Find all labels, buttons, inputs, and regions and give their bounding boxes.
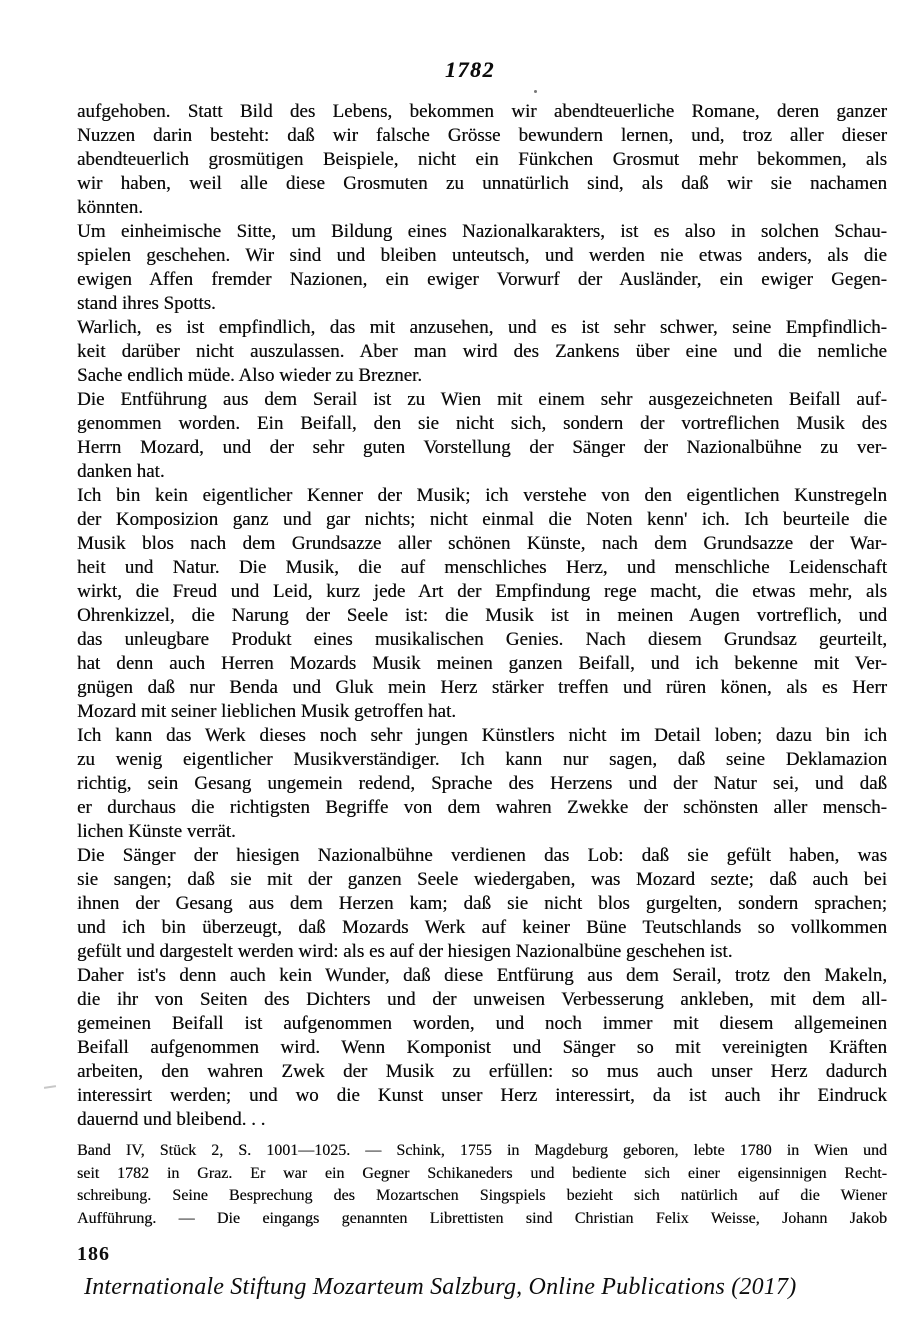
paragraph: Warlich, es ist empfindlich, das mit anz… xyxy=(77,316,887,388)
text-line: Ich kann das Werk dieses noch sehr junge… xyxy=(77,724,887,748)
text-line: Mozard mit seiner lieblichen Musik getro… xyxy=(77,700,887,724)
text-line: ihnen der Gesang aus dem Herzen kam; daß… xyxy=(77,892,887,916)
text-line: wirkt, die Freud und Leid, kurz jede Art… xyxy=(77,580,887,604)
text-line: gemeinen Beifall ist aufgenommen worden,… xyxy=(77,1012,887,1036)
text-line: Sache endlich müde. Also wieder zu Brezn… xyxy=(77,364,887,388)
text-line: Herrn Mozard, und der sehr guten Vorstel… xyxy=(77,436,887,460)
footnote-line: seit 1782 in Graz. Er war ein Gegner Sch… xyxy=(77,1163,887,1186)
text-line: gnügen daß nur Benda und Gluk mein Herz … xyxy=(77,676,887,700)
text-line: Daher ist's denn auch kein Wunder, daß d… xyxy=(77,964,887,988)
body-text: aufgehoben. Statt Bild des Lebens, bekom… xyxy=(77,100,887,1132)
footer-credit: Internationale Stiftung Mozarteum Salzbu… xyxy=(84,1274,894,1301)
text-line: genommen worden. Ein Beifall, den sie ni… xyxy=(77,412,887,436)
text-line: danken hat. xyxy=(77,460,887,484)
page-number: 186 xyxy=(77,1243,110,1266)
text-line: spielen geschehen. Wir sind und bleiben … xyxy=(77,244,887,268)
paragraph: aufgehoben. Statt Bild des Lebens, bekom… xyxy=(77,100,887,220)
text-line: stand ihres Spotts. xyxy=(77,292,887,316)
paragraph: Ich bin kein eigentlicher Kenner der Mus… xyxy=(77,484,887,724)
text-line: Beifall aufgenommen wird. Wenn Komponist… xyxy=(77,1036,887,1060)
text-line: arbeiten, den wahren Zwek der Musik zu e… xyxy=(77,1060,887,1084)
text-line: Die Sänger der hiesigen Nazionalbühne ve… xyxy=(77,844,887,868)
text-line: sie sangen; daß sie mit der ganzen Seele… xyxy=(77,868,887,892)
text-line: Musik blos nach dem Grundsazze aller sch… xyxy=(77,532,887,556)
scan-artifact-mark xyxy=(44,1085,56,1089)
text-line: und ich bin überzeugt, daß Mozards Werk … xyxy=(77,916,887,940)
text-line: keit darüber nicht auszulassen. Aber man… xyxy=(77,340,887,364)
footnote: Band IV, Stück 2, S. 1001—1025. — Schink… xyxy=(77,1140,887,1230)
text-line: das unleugbare Produkt eines musikalisch… xyxy=(77,628,887,652)
paragraph: Daher ist's denn auch kein Wunder, daß d… xyxy=(77,964,887,1132)
text-line: hat denn auch Herren Mozards Musik meine… xyxy=(77,652,887,676)
text-line: dauernd und bleibend. . . xyxy=(77,1108,887,1132)
text-line: er durchaus die richtigsten Begriffe von… xyxy=(77,796,887,820)
paragraph: Die Entführung aus dem Serail ist zu Wie… xyxy=(77,388,887,484)
footnote-line: schreibung. Seine Besprechung des Mozart… xyxy=(77,1185,887,1208)
text-line: wir haben, weil alle diese Grosmuten zu … xyxy=(77,172,887,196)
text-line: Ich bin kein eigentlicher Kenner der Mus… xyxy=(77,484,887,508)
scan-artifact-dot xyxy=(534,90,537,93)
text-line: Nuzzen darin besteht: daß wir falsche Gr… xyxy=(77,124,887,148)
text-line: richtig, sein Gesang ungemein redend, Sp… xyxy=(77,772,887,796)
text-line: zu wenig eigentlicher Musikverständiger.… xyxy=(77,748,887,772)
text-line: abendteuerlich grosmütigen Beispiele, ni… xyxy=(77,148,887,172)
text-line: Warlich, es ist empfindlich, das mit anz… xyxy=(77,316,887,340)
text-line: könnten. xyxy=(77,196,887,220)
text-line: gefült und dargestelt werden wird: als e… xyxy=(77,940,887,964)
text-line: Um einheimische Sitte, um Bildung eines … xyxy=(77,220,887,244)
text-line: aufgehoben. Statt Bild des Lebens, bekom… xyxy=(77,100,887,124)
text-line: ewigen Affen fremder Nazionen, ein ewige… xyxy=(77,268,887,292)
paragraph: Die Sänger der hiesigen Nazionalbühne ve… xyxy=(77,844,887,964)
text-line: interessirt werden; und wo die Kunst uns… xyxy=(77,1084,887,1108)
text-line: der Komposizion ganz und gar nichts; nic… xyxy=(77,508,887,532)
text-line: heit und Natur. Die Musik, die auf mensc… xyxy=(77,556,887,580)
text-line: lichen Künste verrät. xyxy=(77,820,887,844)
footnote-line: Band IV, Stück 2, S. 1001—1025. — Schink… xyxy=(77,1140,887,1163)
text-line: Ohrenkizzel, die Narung der Seele ist: d… xyxy=(77,604,887,628)
paragraph: Um einheimische Sitte, um Bildung eines … xyxy=(77,220,887,316)
text-line: die ihr von Seiten des Dichters und der … xyxy=(77,988,887,1012)
paragraph: Ich kann das Werk dieses noch sehr junge… xyxy=(77,724,887,844)
text-line: Die Entführung aus dem Serail ist zu Wie… xyxy=(77,388,887,412)
scanned-book-page: 1782 aufgehoben. Statt Bild des Lebens, … xyxy=(0,0,900,1326)
footnote-line: Aufführung. — Die eingangs genannten Lib… xyxy=(77,1208,887,1231)
page-header-year: 1782 xyxy=(65,57,875,83)
